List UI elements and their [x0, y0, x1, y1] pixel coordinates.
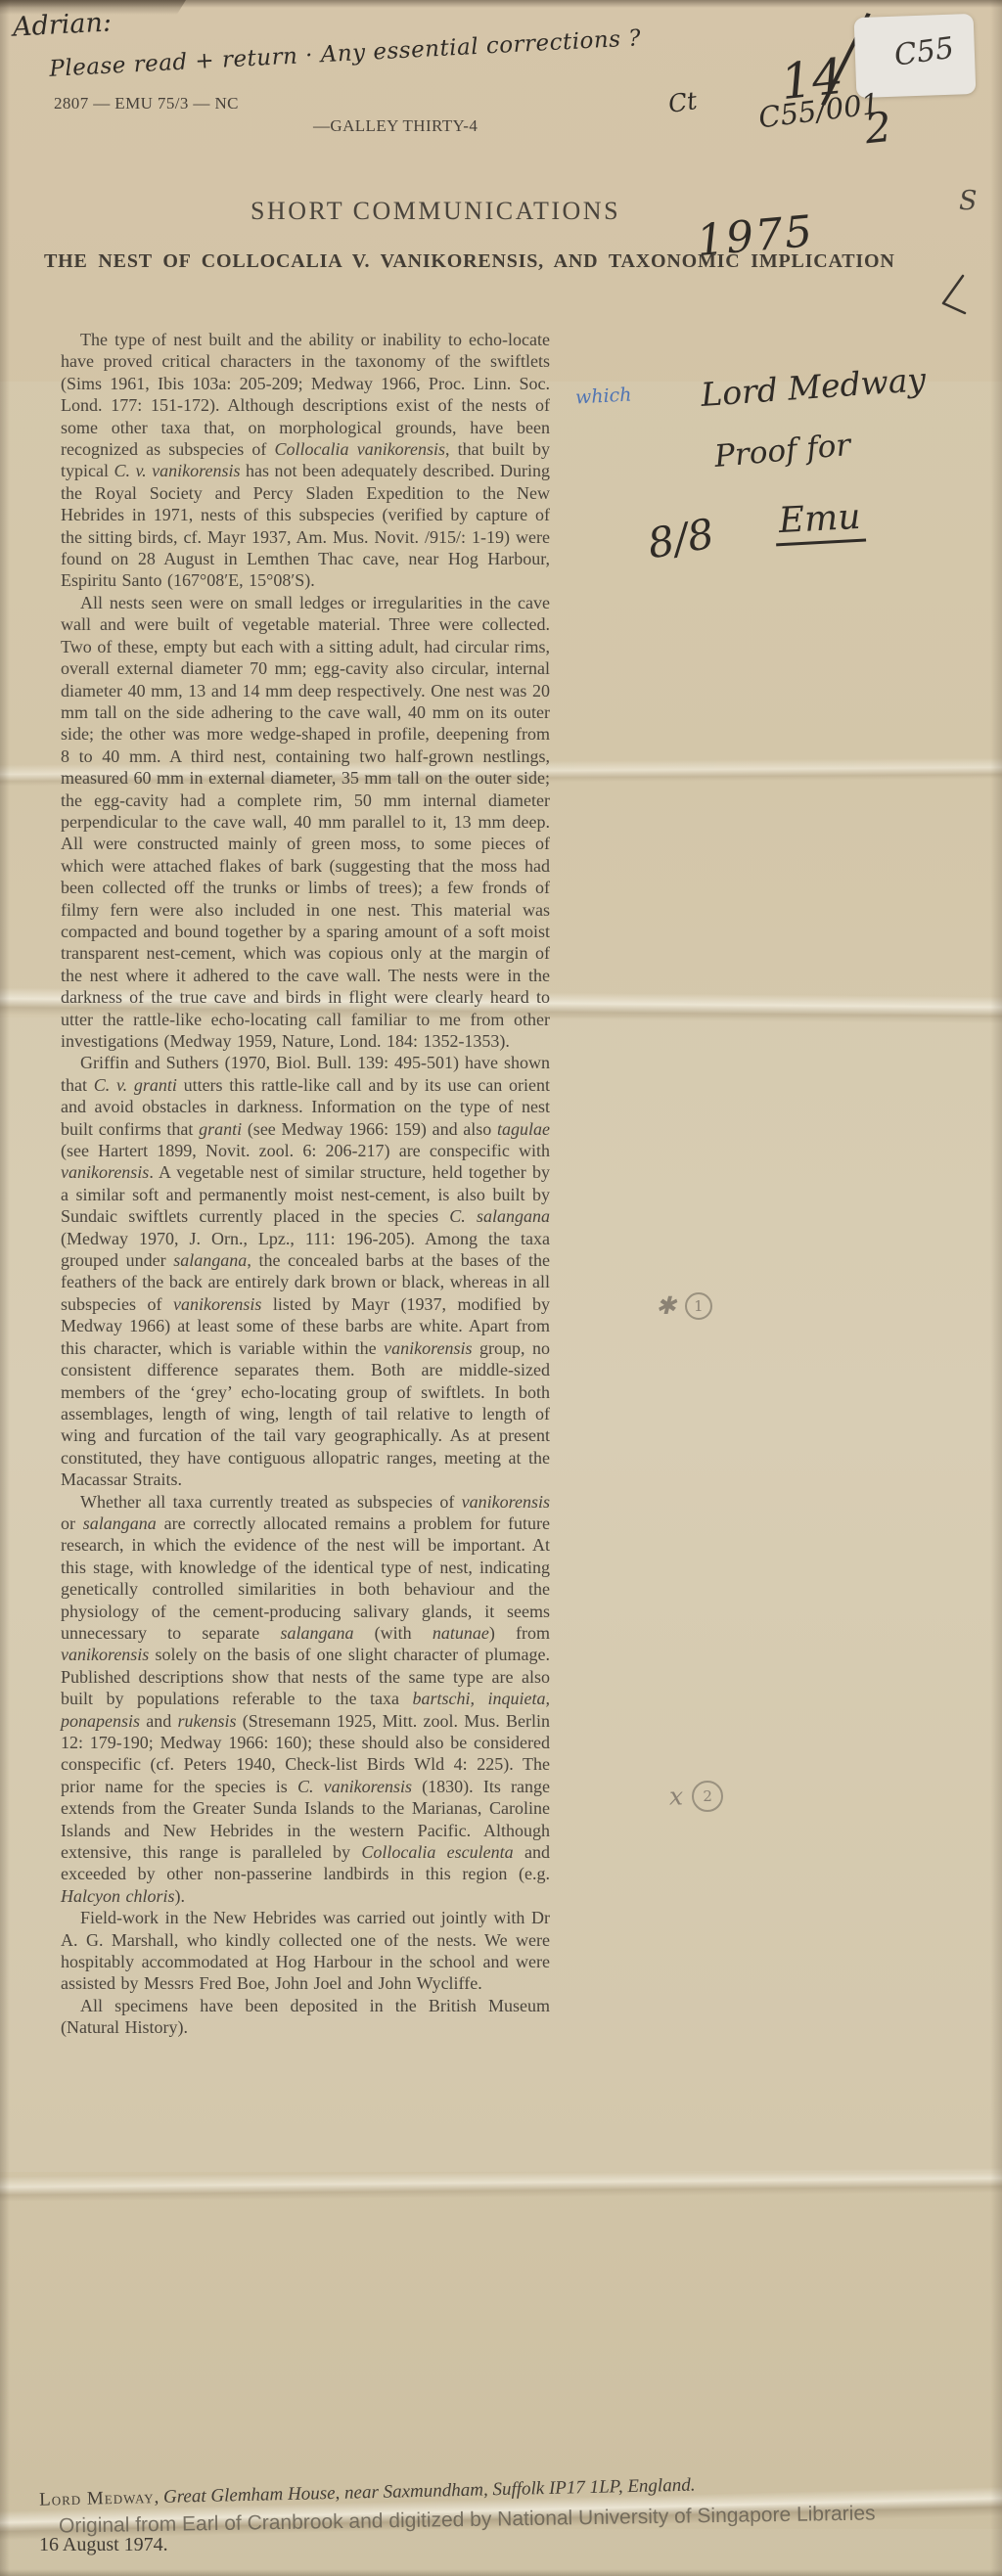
paragraph-5: Field-work in the New Hebrides was carri… — [61, 1907, 550, 1995]
handwritten-title-insert-s: S — [959, 186, 978, 216]
asterisk-mark: ✱ — [656, 1291, 676, 1320]
section-heading: SHORT COMMUNICATIONS — [147, 197, 724, 226]
article-title: THE NEST OF COLLOCALIA V. VANIKORENSIS, … — [44, 250, 1001, 273]
insertion-caret-mark — [939, 274, 971, 319]
paragraph-6: All specimens have been deposited in the… — [61, 1995, 550, 2039]
paper-edge-right — [990, 0, 1002, 2576]
date-line: 16 August 1974. — [39, 2534, 168, 2556]
handwritten-file-code: C55/001 — [756, 87, 881, 135]
handwritten-read-return-note: Please read + return · Any essential cor… — [49, 25, 642, 82]
circled-number-1: 1 — [685, 1292, 712, 1320]
fold-crease-3 — [0, 2167, 1002, 2201]
paper-edge-bottom — [0, 2569, 1002, 2576]
handwritten-proof-for: Proof for — [713, 428, 852, 475]
galley-id: 2807 — EMU 75/3 — NC — [54, 94, 239, 113]
sticker-code-label: C55 — [892, 31, 956, 73]
paragraph-4: Whether all taxa currently treated as su… — [61, 1491, 550, 1908]
pencil-mark-1: ✱1 — [656, 1291, 712, 1320]
article-body-column: The type of nest built and the ability o… — [61, 329, 550, 2039]
galley-label: —GALLEY THIRTY-4 — [313, 116, 478, 136]
handwritten-journal-emu: Emu — [774, 497, 866, 547]
paragraph-3: Griffin and Suthers (1970, Biol. Bull. 1… — [61, 1052, 550, 1490]
handwritten-which-blue: which — [574, 384, 632, 409]
handwritten-adrian-note: Adrian: — [12, 7, 112, 42]
paper-edge-left — [0, 0, 10, 2576]
handwritten-page-ratio: 8/8 — [644, 510, 717, 568]
x-mark: x — [669, 1783, 683, 1811]
handwritten-initials: Ct — [666, 86, 699, 118]
file-label-sticker: C55 — [854, 14, 977, 98]
paragraph-1: The type of nest built and the ability o… — [61, 329, 550, 592]
handwritten-author-name: Lord Medway — [700, 360, 927, 414]
paragraph-2: All nests seen were on small ledges or i… — [61, 592, 550, 1053]
circled-number-2: 2 — [692, 1781, 723, 1812]
galley-proof-page: Adrian: Please read + return · Any essen… — [0, 0, 1002, 2576]
pencil-mark-2: x2 — [669, 1781, 723, 1812]
